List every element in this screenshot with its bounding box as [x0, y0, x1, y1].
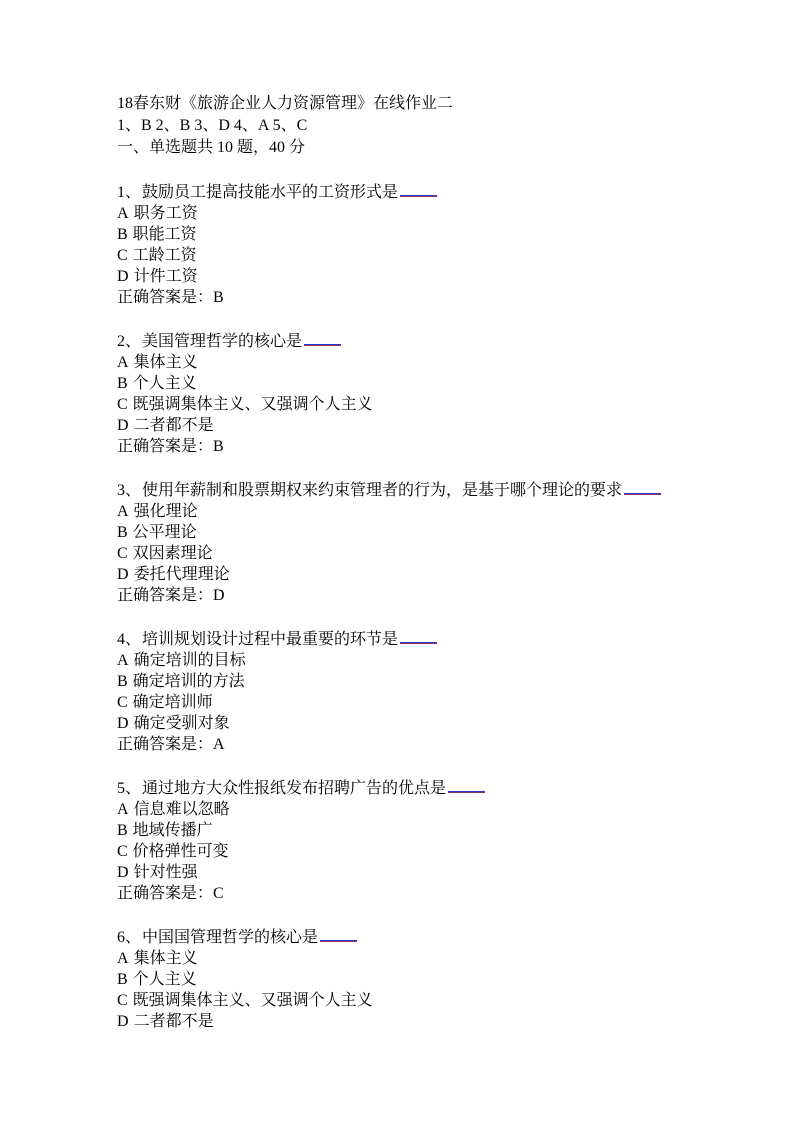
- option-line: B公平理论: [117, 522, 743, 543]
- question-number: 6、: [117, 929, 141, 946]
- option-label: C: [117, 694, 128, 711]
- question-stem: 6、中国国管理哲学的核心是: [117, 927, 743, 948]
- question-block: 4、培训规划设计过程中最重要的环节是 A确定培训的目标 B确定培训的方法 C确定…: [117, 629, 743, 755]
- option-label: C: [117, 843, 128, 860]
- option-label: D: [117, 566, 129, 583]
- option-text: 强化理论: [134, 503, 198, 520]
- option-line: B地域传播广: [117, 820, 743, 841]
- option-text: 职能工资: [133, 226, 197, 243]
- question-block: 2、美国管理哲学的核心是 A集体主义 B个人主义 C既强调集体主义、又强调个人主…: [117, 331, 743, 457]
- option-label: B: [117, 971, 128, 988]
- question-text: 鼓励员工提高技能水平的工资形式是: [142, 184, 398, 201]
- option-text: 确定培训的目标: [134, 652, 246, 669]
- question-block: 1、鼓励员工提高技能水平的工资形式是 A职务工资 B职能工资 C工龄工资 D计件…: [117, 182, 743, 308]
- question-number: 1、: [117, 184, 141, 201]
- option-line: A集体主义: [117, 948, 743, 969]
- option-line: A确定培训的目标: [117, 650, 743, 671]
- option-text: 个人主义: [133, 971, 197, 988]
- section-heading: 一、单选题共 10 题，40 分: [117, 137, 743, 159]
- document-title: 18春东财《旅游企业人力资源管理》在线作业二: [117, 93, 743, 115]
- option-label: B: [117, 822, 128, 839]
- option-line: B个人主义: [117, 969, 743, 990]
- option-line: C价格弹性可变: [117, 841, 743, 862]
- option-line: C既强调集体主义、又强调个人主义: [117, 394, 743, 415]
- blank-underline: [624, 493, 661, 495]
- option-text: 职务工资: [134, 205, 198, 222]
- option-label: A: [117, 801, 129, 818]
- option-line: A职务工资: [117, 203, 743, 224]
- option-label: A: [117, 950, 129, 967]
- answer-prefix: 正确答案是：: [117, 736, 213, 753]
- answer-letter: A: [213, 736, 225, 753]
- option-label: B: [117, 226, 128, 243]
- answer-line: 正确答案是：A: [117, 734, 743, 755]
- answer-letter: C: [213, 885, 224, 902]
- option-line: B职能工资: [117, 224, 743, 245]
- option-line: B确定培训的方法: [117, 671, 743, 692]
- answer-letter: B: [213, 438, 224, 455]
- answer-key-line: 1、B 2、B 3、D 4、A 5、C: [117, 115, 743, 137]
- option-label: B: [117, 524, 128, 541]
- question-block: 5、通过地方大众性报纸发布招聘广告的优点是 A信息难以忽略 B地域传播广 C价格…: [117, 778, 743, 904]
- option-line: C确定培训师: [117, 692, 743, 713]
- option-text: 信息难以忽略: [134, 801, 230, 818]
- question-stem: 3、使用年薪制和股票期权来约束管理者的行为，是基于哪个理论的要求: [117, 480, 743, 501]
- option-text: 既强调集体主义、又强调个人主义: [133, 396, 373, 413]
- answer-prefix: 正确答案是：: [117, 289, 213, 306]
- option-label: D: [117, 1013, 129, 1030]
- option-line: A信息难以忽略: [117, 799, 743, 820]
- question-stem: 1、鼓励员工提高技能水平的工资形式是: [117, 182, 743, 203]
- answer-line: 正确答案是：B: [117, 287, 743, 308]
- question-number: 4、: [117, 631, 141, 648]
- answer-letter: D: [213, 587, 225, 604]
- option-label: A: [117, 652, 129, 669]
- option-line: C工龄工资: [117, 245, 743, 266]
- option-text: 委托代理理论: [134, 566, 230, 583]
- option-label: C: [117, 992, 128, 1009]
- option-text: 二者都不是: [134, 1013, 214, 1030]
- document-header: 18春东财《旅游企业人力资源管理》在线作业二 1、B 2、B 3、D 4、A 5…: [117, 93, 743, 159]
- option-label: B: [117, 673, 128, 690]
- option-line: D二者都不是: [117, 1011, 743, 1032]
- question-number: 5、: [117, 780, 141, 797]
- option-text: 确定培训师: [133, 694, 213, 711]
- option-label: D: [117, 417, 129, 434]
- option-text: 确定培训的方法: [133, 673, 245, 690]
- option-text: 地域传播广: [133, 822, 213, 839]
- option-label: D: [117, 715, 129, 732]
- option-text: 针对性强: [134, 864, 198, 881]
- option-line: C既强调集体主义、又强调个人主义: [117, 990, 743, 1011]
- blank-underline: [304, 344, 341, 346]
- option-line: D计件工资: [117, 266, 743, 287]
- question-text: 使用年薪制和股票期权来约束管理者的行为，是基于哪个理论的要求: [142, 482, 622, 499]
- option-label: C: [117, 247, 128, 264]
- question-number: 3、: [117, 482, 141, 499]
- option-label: A: [117, 354, 129, 371]
- option-text: 工龄工资: [133, 247, 197, 264]
- option-label: A: [117, 205, 129, 222]
- question-text: 通过地方大众性报纸发布招聘广告的优点是: [142, 780, 446, 797]
- option-label: D: [117, 268, 129, 285]
- option-line: A强化理论: [117, 501, 743, 522]
- option-text: 集体主义: [134, 950, 198, 967]
- option-text: 集体主义: [134, 354, 198, 371]
- option-line: B个人主义: [117, 373, 743, 394]
- answer-letter: B: [213, 289, 224, 306]
- blank-underline: [448, 791, 485, 793]
- option-line: D委托代理理论: [117, 564, 743, 585]
- option-text: 公平理论: [133, 524, 197, 541]
- answer-prefix: 正确答案是：: [117, 885, 213, 902]
- question-number: 2、: [117, 333, 141, 350]
- answer-prefix: 正确答案是：: [117, 438, 213, 455]
- blank-underline: [320, 940, 357, 942]
- blank-underline: [400, 195, 437, 197]
- option-text: 个人主义: [133, 375, 197, 392]
- option-line: D针对性强: [117, 862, 743, 883]
- question-text: 美国管理哲学的核心是: [142, 333, 302, 350]
- answer-line: 正确答案是：B: [117, 436, 743, 457]
- option-text: 计件工资: [134, 268, 198, 285]
- option-text: 双因素理论: [133, 545, 213, 562]
- option-label: D: [117, 864, 129, 881]
- option-text: 二者都不是: [134, 417, 214, 434]
- option-label: C: [117, 396, 128, 413]
- answer-prefix: 正确答案是：: [117, 587, 213, 604]
- option-line: D确定受驯对象: [117, 713, 743, 734]
- question-stem: 2、美国管理哲学的核心是: [117, 331, 743, 352]
- question-stem: 4、培训规划设计过程中最重要的环节是: [117, 629, 743, 650]
- option-label: A: [117, 503, 129, 520]
- question-text: 中国国管理哲学的核心是: [142, 929, 318, 946]
- question-stem: 5、通过地方大众性报纸发布招聘广告的优点是: [117, 778, 743, 799]
- option-line: D二者都不是: [117, 415, 743, 436]
- option-text: 价格弹性可变: [133, 843, 229, 860]
- option-text: 既强调集体主义、又强调个人主义: [133, 992, 373, 1009]
- document-page: 18春东财《旅游企业人力资源管理》在线作业二 1、B 2、B 3、D 4、A 5…: [0, 0, 793, 1122]
- blank-underline: [400, 642, 437, 644]
- option-line: C双因素理论: [117, 543, 743, 564]
- question-block: 6、中国国管理哲学的核心是 A集体主义 B个人主义 C既强调集体主义、又强调个人…: [117, 927, 743, 1032]
- option-text: 确定受驯对象: [134, 715, 230, 732]
- option-label: C: [117, 545, 128, 562]
- answer-line: 正确答案是：C: [117, 883, 743, 904]
- question-text: 培训规划设计过程中最重要的环节是: [142, 631, 398, 648]
- option-line: A集体主义: [117, 352, 743, 373]
- option-label: B: [117, 375, 128, 392]
- question-block: 3、使用年薪制和股票期权来约束管理者的行为，是基于哪个理论的要求 A强化理论 B…: [117, 480, 743, 606]
- answer-line: 正确答案是：D: [117, 585, 743, 606]
